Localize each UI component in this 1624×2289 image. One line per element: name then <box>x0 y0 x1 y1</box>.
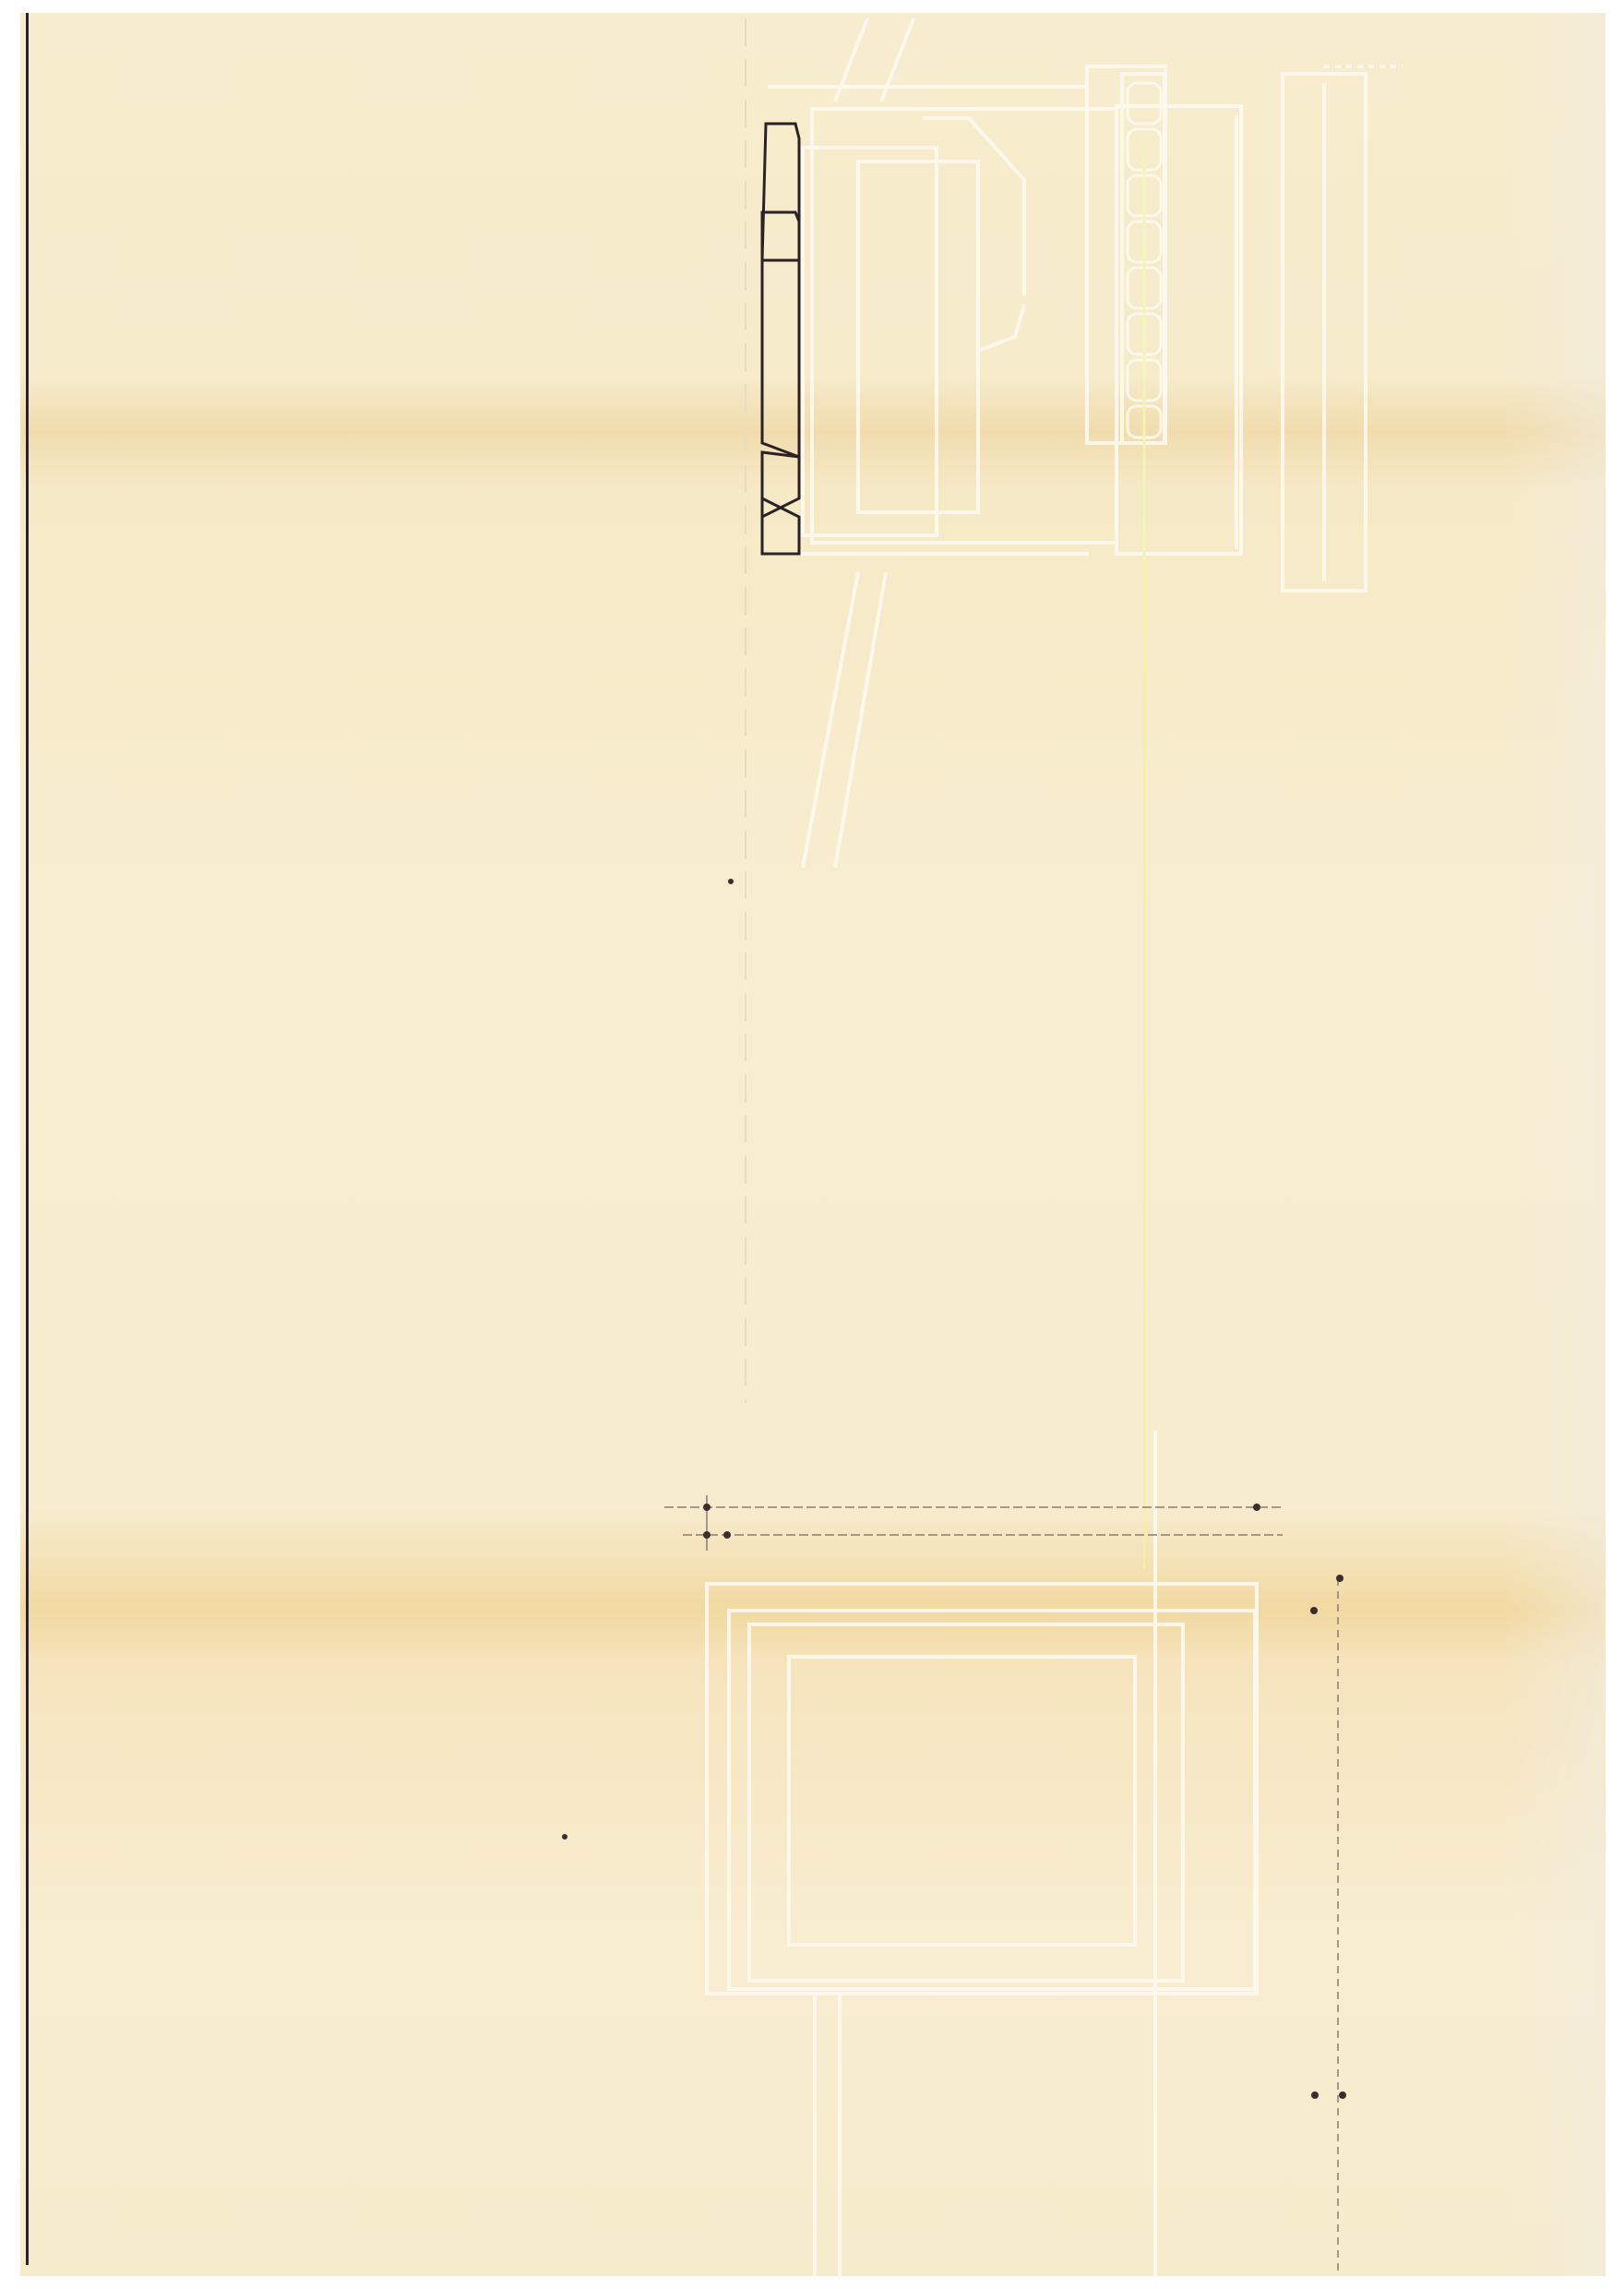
plan-view-bottom <box>707 1431 1257 2280</box>
technical-drawing <box>0 0 1624 2289</box>
section-view-top <box>746 18 1403 1403</box>
profile-outline <box>762 124 799 554</box>
registration-marks <box>562 879 1346 2099</box>
